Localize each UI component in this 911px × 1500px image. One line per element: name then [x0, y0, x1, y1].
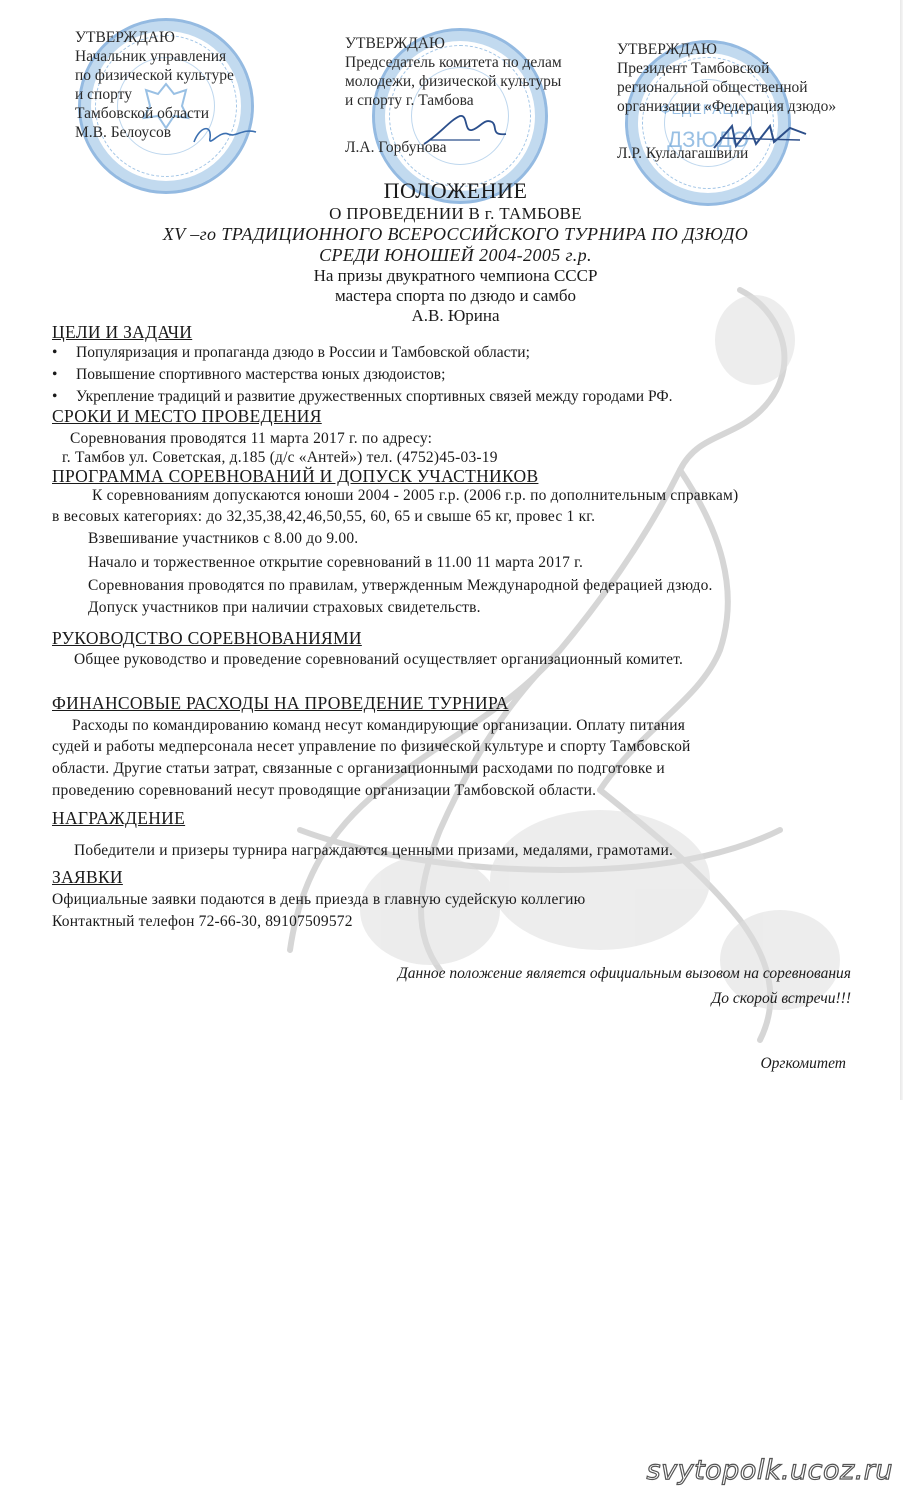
approval-line: и спорту г. Тамбова — [345, 91, 562, 110]
program-line: К соревнованиям допускаются юноши 2004 -… — [92, 487, 738, 505]
approval-signatory: Л.Р. Кулалагашвили — [617, 144, 836, 163]
section-heading-awards: НАГРАЖДЕНИЕ — [52, 808, 185, 829]
section-heading-finance: ФИНАНСОВЫЕ РАСХОДЫ НА ПРОВЕДЕНИЕ ТУРНИРА — [52, 693, 509, 714]
finance-line: Расходы по командированию команд несут к… — [72, 717, 685, 735]
program-line: Допуск участников при наличии страховых … — [88, 599, 481, 617]
program-line: Соревнования проводятся по правилам, утв… — [88, 577, 713, 595]
approval-line: Тамбовской области — [75, 104, 234, 123]
awards-line: Победители и призеры турнира награждаютс… — [74, 842, 673, 860]
finance-line: области. Другие статьи затрат, связанные… — [52, 760, 665, 778]
goal-bullet: •Укрепление традиций и развитие дружеств… — [52, 388, 672, 406]
closing-farewell: До скорой встречи!!! — [711, 990, 851, 1008]
goal-bullet: •Повышение спортивного мастерства юных д… — [52, 366, 445, 384]
approval-heading: УТВЕРЖДАЮ — [617, 40, 836, 59]
scan-page-edge — [900, 0, 903, 1100]
section-heading-applications: ЗАЯВКИ — [52, 867, 123, 888]
approval-line: Президент Тамбовской — [617, 59, 836, 78]
finance-line: проведению соревнований несут проводящие… — [52, 782, 596, 800]
organizing-committee-signature: Оргкомитет — [760, 1055, 846, 1073]
approval-block-left: УТВЕРЖДАЮ Начальник управления по физиче… — [75, 28, 234, 142]
management-line: Общее руководство и проведение соревнова… — [74, 651, 683, 669]
approval-line: Председатель комитета по делам — [345, 53, 562, 72]
document-subtitle: О ПРОВЕДЕНИИ В г. ТАМБОВЕ — [0, 204, 911, 224]
approval-heading: УТВЕРЖДАЮ — [75, 28, 234, 47]
section-heading-goals: ЦЕЛИ И ЗАДАЧИ — [52, 322, 192, 343]
event-title-line-2: СРЕДИ ЮНОШЕЙ 2004-2005 г.р. — [0, 245, 911, 266]
program-line: Взвешивание участников с 8.00 до 9.00. — [88, 530, 358, 548]
dates-line: Соревнования проводятся 11 марта 2017 г.… — [70, 430, 432, 448]
approval-line: по физической культуре — [75, 66, 234, 85]
approval-line: организации «Федерация дзюдо» — [617, 97, 836, 116]
goal-bullet: •Популяризация и пропаганда дзюдо в Росс… — [52, 344, 530, 362]
dates-line: г. Тамбов ул. Советская, д.185 (д/с «Ант… — [62, 449, 498, 467]
prize-line-2: мастера спорта по дзюдо и самбо — [0, 286, 911, 306]
program-line: в весовых категориях: до 32,35,38,42,46,… — [52, 508, 595, 526]
approval-heading: УТВЕРЖДАЮ — [345, 34, 562, 53]
goal-text: Популяризация и пропаганда дзюдо в Росси… — [76, 344, 530, 361]
finance-line: судей и работы медперсонала несет управл… — [52, 738, 691, 756]
goal-text: Повышение спортивного мастерства юных дз… — [76, 366, 445, 383]
section-heading-program: ПРОГРАММА СОРЕВНОВАНИЙ И ДОПУСК УЧАСТНИК… — [52, 466, 538, 487]
site-watermark: svytopolk.ucoz.ru — [647, 1455, 893, 1486]
applications-line: Официальные заявки подаются в день приез… — [52, 891, 585, 909]
section-heading-dates: СРОКИ И МЕСТО ПРОВЕДЕНИЯ — [52, 406, 322, 427]
approval-line: Начальник управления — [75, 47, 234, 66]
closing-statement: Данное положение является официальным вы… — [398, 965, 851, 983]
program-line: Начало и торжественное открытие соревнов… — [88, 554, 583, 572]
section-heading-management: РУКОВОДСТВО СОРЕВНОВАНИЯМИ — [52, 628, 362, 649]
event-title-line-1: XV –го ТРАДИЦИОННОГО ВСЕРОССИЙСКОГО ТУРН… — [0, 224, 911, 245]
approval-line: региональной общественной — [617, 78, 836, 97]
goal-text: Укрепление традиций и развитие дружестве… — [76, 388, 672, 405]
approval-line: молодежи, физической культуры — [345, 72, 562, 91]
approval-block-center: УТВЕРЖДАЮ Председатель комитета по делам… — [345, 34, 562, 157]
approval-signatory: Л.А. Горбунова — [345, 138, 562, 157]
prize-line-1: На призы двукратного чемпиона СССР — [0, 266, 911, 286]
approval-signatory: М.В. Белоусов — [75, 123, 234, 142]
document-title: ПОЛОЖЕНИЕ — [0, 178, 911, 204]
applications-line: Контактный телефон 72-66-30, 89107509572 — [52, 913, 353, 931]
approval-line: и спорту — [75, 85, 234, 104]
approval-block-right: УТВЕРЖДАЮ Президент Тамбовской региональ… — [617, 40, 836, 163]
